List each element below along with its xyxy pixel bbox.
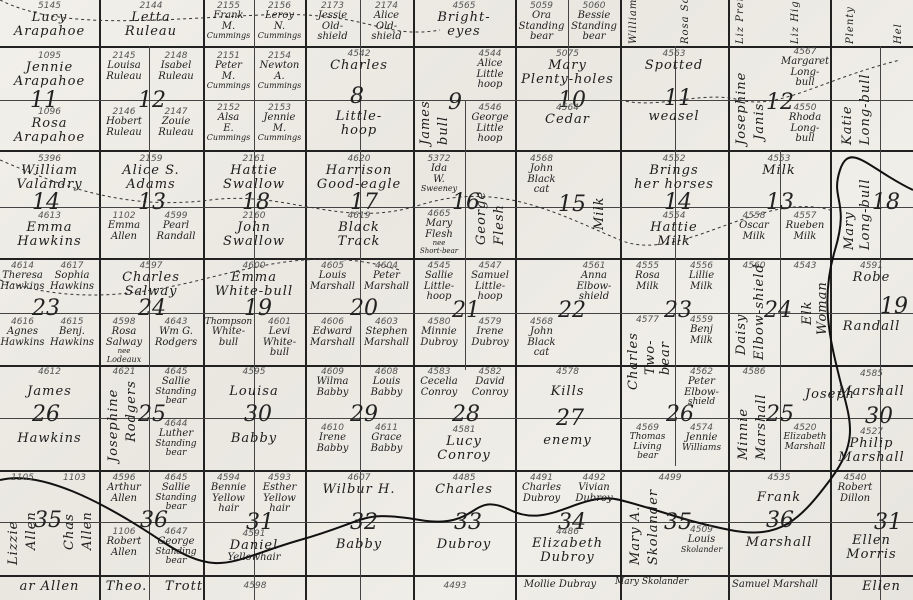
- parcel-owner: Hattie: [203, 164, 305, 178]
- parcel-owner: Milk: [620, 235, 728, 249]
- grid-line: [99, 0, 101, 600]
- parcel-label: 4580 Minnie Dubroy: [413, 318, 465, 348]
- parcel-label: 2146 Hobert Ruleau: [99, 108, 149, 138]
- parcel-label: Babby: [203, 432, 305, 446]
- parcel-owner: Daniel: [203, 539, 305, 553]
- parcel-owner: bear: [620, 452, 675, 461]
- parcel-label: weasel: [620, 110, 728, 124]
- parcel-owner: Short-bear: [413, 248, 465, 255]
- parcel-label: 4616 Agnes Hawkins: [0, 318, 45, 348]
- parcel-owner-vertical: Liz High: [790, 2, 801, 44]
- parcel-label: Theo.: [99, 580, 154, 594]
- section-number: 11: [664, 86, 692, 111]
- parcel-owner: Ellen: [830, 534, 913, 548]
- parcel-owner-vertical: Long-bull: [858, 55, 873, 145]
- parcel-owner: Alice S.: [99, 164, 203, 178]
- parcel-owner: Hawkins: [45, 282, 99, 293]
- grid-line: [0, 575, 913, 577]
- parcel-label: 4543: [780, 262, 830, 271]
- parcel-owner: Theo.: [99, 580, 154, 594]
- parcel-owner: Babby: [305, 444, 360, 455]
- parcel-owner: Mary: [515, 59, 620, 73]
- grid-line: [515, 0, 517, 600]
- parcel-owner: Ruleau: [99, 25, 203, 39]
- parcel-owner-vertical: Long-bull: [858, 160, 873, 250]
- parcel-owner: Dubroy: [413, 338, 465, 349]
- parcel-owner-vertical: Skolander: [646, 480, 661, 565]
- parcel-owner: ar Allen: [0, 580, 99, 594]
- parcel-label: 4578 Kills: [515, 368, 620, 399]
- parcel-owner: bear: [149, 449, 203, 458]
- parcel-label: 4606 Edward Marshall: [305, 318, 360, 348]
- parcel-owner: Yellowhair: [203, 553, 305, 564]
- parcel-label: 4591 Robe: [830, 262, 913, 285]
- parcel-owner: Dubroy: [413, 538, 515, 552]
- parcel-owner-vertical: Josephine: [106, 382, 121, 462]
- parcel-owner: Cedar: [515, 113, 620, 127]
- parcel-label: 4598 Rosa Salway nee Lodeaux: [99, 318, 149, 364]
- parcel-owner: bear: [515, 32, 568, 43]
- parcel-owner: Jennie: [0, 61, 99, 75]
- parcel-label: 2159 Alice S. Adams: [99, 155, 203, 192]
- parcel-owner: Mary Skolander: [615, 578, 675, 587]
- parcel-label: 4581 Lucy Conroy: [413, 426, 515, 463]
- parcel-label: 4607 Wilbur H.: [305, 474, 413, 497]
- parcel-owner: shield: [675, 398, 728, 407]
- parcel-owner: Cummings: [203, 32, 254, 40]
- parcel-owner-vertical: Mary: [842, 165, 857, 250]
- section-number: 30: [865, 404, 893, 429]
- parcel-owner: Emma: [0, 221, 99, 235]
- parcel-label: Trott: [154, 580, 214, 594]
- parcel-label: 4593 Esther Yellow hair: [254, 474, 305, 515]
- parcel-owner: James: [0, 385, 99, 399]
- parcel-owner: bull: [780, 134, 830, 145]
- parcel-owner: Babby: [305, 538, 413, 552]
- parcel-owner: Charles: [305, 59, 413, 73]
- parcel-owner: Marshall: [830, 451, 913, 465]
- parcel-owner: shield: [568, 292, 620, 303]
- parcel-label: 4544 Alice Little hoop: [465, 50, 515, 91]
- grid-line: [0, 258, 913, 260]
- grid-line: [0, 470, 913, 472]
- parcel-owner: Randall: [830, 320, 913, 334]
- parcel-owner: Milk: [728, 232, 780, 243]
- parcel-label: 4547 Samuel Little- hoop: [465, 262, 515, 303]
- parcel-owner: Lucy: [413, 435, 515, 449]
- parcel-owner-vertical: Liz Pretty (orphan): [735, 2, 746, 44]
- parcel-owner: eyes: [413, 25, 515, 39]
- parcel-label: 5075 Mary Plenty-holes: [515, 50, 620, 87]
- parcel-owner: Milk: [780, 232, 830, 243]
- parcel-owner: Milk: [675, 282, 728, 293]
- parcel-label: 4621: [99, 368, 149, 377]
- parcel-owner: Kills: [515, 385, 620, 399]
- parcel-label: Ellen: [850, 580, 913, 594]
- parcel-label: 4557 Rueben Milk: [780, 212, 830, 242]
- parcel-label: 4647 George Standing bear: [149, 528, 203, 567]
- parcel-owner: Conroy: [465, 388, 515, 399]
- section-number: 31: [874, 510, 902, 535]
- parcel-owner: Marshall: [780, 443, 830, 452]
- parcel-owner: Samuel Marshall: [720, 580, 830, 591]
- parcel-number: 4585: [830, 370, 913, 379]
- parcel-owner: Philip: [830, 437, 913, 451]
- parcel-label: 4559 Benj Milk: [675, 316, 728, 346]
- parcel-label: 4555 Rosa Milk: [620, 262, 675, 292]
- parcel-owner: Track: [305, 235, 413, 249]
- parcel-owner-vertical: Josephine: [734, 55, 749, 145]
- parcel-label: 4552 Brings her horses: [620, 155, 728, 192]
- parcel-owner-vertical: Elk: [800, 285, 815, 325]
- parcel-owner: Marshall: [830, 385, 913, 399]
- parcel-owner: Cummings: [254, 134, 305, 142]
- grid-line: [620, 0, 622, 600]
- parcel-number: 4493: [430, 582, 480, 591]
- section-number: 9: [448, 90, 462, 115]
- parcel-label: Babby: [305, 538, 413, 552]
- parcel-label: 4600 Emma White-bull: [203, 262, 305, 299]
- parcel-label: 4615 Benj. Hawkins: [45, 318, 99, 348]
- parcel-owner: Ellen: [850, 580, 913, 594]
- parcel-label: 4554 Hattie Milk: [620, 212, 728, 249]
- parcel-owner-vertical: Two-: [643, 335, 658, 375]
- parcel-owner-vertical: Hel: [893, 2, 904, 44]
- parcel-owner: Arapahoe: [0, 25, 99, 39]
- parcel-owner: Swallow: [203, 235, 305, 249]
- parcel-owner-vertical: Minnie: [736, 380, 751, 460]
- parcel-owner: Elizabeth: [515, 537, 620, 551]
- parcel-owner: Hawkins: [0, 432, 99, 446]
- parcel-owner: Milk: [728, 164, 830, 178]
- parcel-label: 4611 Grace Babby: [360, 424, 413, 454]
- parcel-label: 2147 Zouie Ruleau: [149, 108, 203, 138]
- parcel-owner: Williams: [675, 444, 728, 453]
- parcel-owner: Ruleau: [99, 72, 149, 83]
- parcel-owner: Rodgers: [149, 338, 203, 349]
- parcel-label: 4574 Jennie Williams: [675, 424, 728, 453]
- parcel-label: 4583 Cecelia Conroy: [413, 368, 465, 398]
- parcel-number: 4535: [728, 474, 830, 483]
- parcel-owner: bear: [149, 397, 203, 406]
- parcel-owner: Allen: [99, 548, 149, 559]
- parcel-owner: bear: [149, 557, 203, 566]
- parcel-label: 4486 Elizabeth Dubroy: [515, 528, 620, 565]
- parcel-owner: Hawkins: [0, 235, 99, 249]
- parcel-owner: Black: [305, 221, 413, 235]
- parcel-owner: John: [203, 221, 305, 235]
- parcel-label: 4609 Wilma Babby: [305, 368, 360, 398]
- parcel-label: 1103: [50, 474, 99, 483]
- parcel-owner: Charles: [413, 483, 515, 497]
- parcel-label: 4586: [728, 368, 780, 377]
- parcel-owner: Rosa: [0, 117, 99, 131]
- parcel-owner-vertical: James: [418, 60, 433, 145]
- parcel-owner-vertical: Janis: [752, 70, 767, 140]
- parcel-label: 4620 Harrison Good-eagle: [305, 155, 413, 192]
- parcel-label: 4493: [430, 582, 480, 591]
- parcel-label: 5145 Lucy Arapahoe: [0, 2, 99, 39]
- parcel-number: 1105: [0, 474, 45, 483]
- parcel-label: 1096 Rosa Arapahoe: [0, 108, 99, 145]
- parcel-label: 2161 Hattie Swallow: [203, 155, 305, 192]
- parcel-owner: Dubroy: [568, 494, 620, 505]
- parcel-label: 4591 Daniel Yellowhair: [203, 530, 305, 564]
- parcel-number: 4621: [99, 368, 149, 377]
- parcel-label: 5372 Ida W. Sweeney: [413, 155, 465, 194]
- parcel-label: 4577: [620, 316, 675, 325]
- parcel-label: 4527 Philip Marshall: [830, 428, 913, 465]
- parcel-label: Hawkins: [0, 432, 99, 446]
- parcel-owner: Babby: [305, 388, 360, 399]
- parcel-label: 5059 Ora Standing bear: [515, 2, 568, 43]
- parcel-owner: Dubroy: [515, 494, 568, 505]
- parcel-label: 4556 Lillie Milk: [675, 262, 728, 292]
- parcel-label: 5396 William Valandry: [0, 155, 99, 192]
- parcel-label: Thompson White- bull: [203, 318, 254, 348]
- parcel-owner: Ruleau: [99, 128, 149, 139]
- parcel-owner-vertical: Mary A.: [628, 480, 643, 565]
- grid-line: [728, 0, 730, 600]
- parcel-owner-vertical: Lizzie: [6, 490, 21, 565]
- parcel-owner-vertical: Daisy: [734, 280, 749, 355]
- parcel-owner: Cummings: [203, 134, 254, 142]
- parcel-number: 4578: [515, 368, 620, 377]
- parcel-label: 4485 Charles: [413, 474, 515, 497]
- parcel-label: 4540 Robert Dillon: [830, 474, 880, 504]
- parcel-owner: Dubroy: [465, 338, 515, 349]
- parcel-owner: Marshall: [305, 282, 360, 293]
- parcel-label: 2173 Jessie Old- shield: [305, 2, 360, 43]
- parcel-owner: Babby: [360, 388, 413, 399]
- parcel-owner-vertical: Flesh: [492, 165, 507, 245]
- parcel-label: 1095 Jennie Arapahoe: [0, 52, 99, 89]
- parcel-number: 4598: [230, 582, 280, 591]
- parcel-label: 4604 Peter Marshall: [360, 262, 413, 292]
- section-number: 33: [454, 510, 482, 535]
- grid-line: [0, 46, 913, 48]
- parcel-label: 4553 Milk: [728, 155, 830, 178]
- parcel-owner: Milk: [675, 336, 728, 347]
- parcel-owner: Ruleau: [149, 128, 203, 139]
- parcel-label: 4568 John Black cat: [515, 155, 568, 196]
- section-number: 28: [452, 402, 480, 427]
- parcel-label: 5060 Bessie Standing bear: [568, 2, 620, 43]
- parcel-owner: Conroy: [413, 388, 465, 399]
- parcel-label: 4561 Anna Elbow- shield: [568, 262, 620, 303]
- grid-line: [0, 150, 913, 152]
- parcel-label: 4564 Cedar: [515, 104, 620, 127]
- parcel-owner: Milk: [620, 282, 675, 293]
- parcel-label: 4492 Vivian Dubroy: [568, 474, 620, 504]
- parcel-owner: Babby: [203, 432, 305, 446]
- parcel-label: 4585 Marshall: [830, 370, 913, 399]
- parcel-label: Mollie Dubray: [505, 580, 615, 591]
- parcel-label: 4567 Margaret Long- bull: [780, 48, 830, 89]
- parcel-label: 4579 Irene Dubroy: [465, 318, 515, 348]
- parcel-number: 4577: [620, 316, 675, 325]
- parcel-owner: William: [0, 164, 99, 178]
- parcel-label: 4542 Charles: [305, 50, 413, 73]
- parcel-label: 2144 Letta Ruleau: [99, 2, 203, 39]
- parcel-label: 4643 Wm G. Rodgers: [149, 318, 203, 348]
- parcel-owner: Little-: [305, 110, 413, 124]
- parcel-owner: Frank: [728, 491, 830, 505]
- parcel-owner: bull: [254, 348, 305, 359]
- parcel-owner: Lucy: [0, 11, 99, 25]
- parcel-owner-vertical: Woman: [815, 280, 830, 335]
- parcel-label: 4563 Spotted: [620, 50, 728, 73]
- parcel-owner: hoop: [465, 80, 515, 91]
- parcel-owner: Trott: [154, 580, 214, 594]
- section-number: 19: [880, 294, 908, 319]
- parcel-owner: Skolander: [675, 546, 728, 554]
- parcel-owner: Cummings: [254, 32, 305, 40]
- parcel-owner: hoop: [305, 124, 413, 138]
- parcel-label: Marshall: [728, 536, 830, 550]
- parcel-label: 2148 Isabel Ruleau: [149, 52, 203, 82]
- section-number: 36: [766, 508, 794, 533]
- parcel-owner: Harrison: [305, 164, 413, 178]
- parcel-label: 4562 Peter Elbow- shield: [675, 368, 728, 408]
- parcel-owner: Plenty-holes: [515, 73, 620, 87]
- parcel-owner: Allen: [99, 232, 149, 243]
- parcel-owner-vertical: Charles: [626, 330, 641, 390]
- parcel-owner: shield: [305, 32, 360, 43]
- parcel-label: 4535 Frank: [728, 474, 830, 505]
- parcel-label: 4612 James: [0, 368, 99, 399]
- grid-line: [305, 0, 307, 600]
- parcel-label: 4565 Bright- eyes: [413, 2, 515, 39]
- parcel-label: 4608 Louis Babby: [360, 368, 413, 398]
- parcel-label: 4605 Louis Marshall: [305, 262, 360, 292]
- parcel-owner: Lodeaux: [99, 356, 149, 364]
- parcel-number: 4586: [728, 368, 780, 377]
- parcel-label: 2156 Leroy N. Cummings: [254, 2, 305, 41]
- parcel-number: 4612: [0, 368, 99, 377]
- parcel-owner: Robe: [830, 271, 913, 285]
- parcel-owner: shield: [360, 32, 413, 43]
- parcel-label: 4596 Arthur Allen: [99, 474, 149, 504]
- section-number: 27: [556, 406, 584, 431]
- parcel-owner: Charles: [99, 271, 203, 285]
- parcel-owner-vertical: Katie: [840, 60, 855, 145]
- parcel-label: 4614 Theresa Hawkins: [0, 262, 45, 292]
- section-number: 32: [350, 510, 378, 535]
- parcel-label: 4545 Sallie Little- hoop: [413, 262, 465, 303]
- parcel-label: 4644 Luther Standing bear: [149, 420, 203, 459]
- parcel-label: 2174 Alice Old- shield: [360, 2, 413, 43]
- section-number: 35: [34, 508, 62, 533]
- parcel-label: 4597 Charles Salway: [99, 262, 203, 299]
- parcel-owner: Dillon: [830, 494, 880, 505]
- parcel-label: ar Allen: [0, 580, 99, 594]
- parcel-number: 4595: [203, 368, 305, 377]
- parcel-label: Samuel Marshall: [720, 580, 830, 591]
- parcel-owner-vertical: Plenty: [845, 2, 856, 44]
- parcel-owner: Arapahoe: [0, 131, 99, 145]
- parcel-label: 2152 Alsa E. Cummings: [203, 104, 254, 143]
- parcel-owner: Emma: [203, 271, 305, 285]
- parcel-owner: hoop: [465, 134, 515, 145]
- parcel-owner: Randall: [149, 232, 203, 243]
- parcel-owner: Hattie: [620, 221, 728, 235]
- parcel-owner-vertical: Rodgers: [124, 382, 139, 442]
- parcel-owner: weasel: [620, 110, 728, 124]
- parcel-owner: Cummings: [203, 82, 254, 90]
- parcel-owner: Mollie Dubray: [505, 580, 615, 591]
- section-number: 8: [350, 84, 364, 109]
- parcel-owner: bear: [568, 32, 620, 43]
- parcel-label: 4550 Rhoda Long- bull: [780, 104, 830, 145]
- parcel-label: 1102 Emma Allen: [99, 212, 149, 242]
- parcel-label: 2153 Jennie M. Cummings: [254, 104, 305, 143]
- parcel-owner: Hawkins: [45, 338, 99, 349]
- parcel-owner: Marshall: [360, 282, 413, 293]
- parcel-owner: Wilbur H.: [305, 483, 413, 497]
- parcel-label: 4509 Louis Skolander: [675, 526, 728, 554]
- parcel-owner: Allen: [99, 494, 149, 505]
- parcel-label: 2151 Peter M. Cummings: [203, 52, 254, 91]
- parcel-owner: Ruleau: [149, 72, 203, 83]
- section-number: 26: [32, 402, 60, 427]
- parcel-label: 4569 Thomas Living bear: [620, 424, 675, 462]
- parcel-label: 4582 David Conroy: [465, 368, 515, 398]
- parcel-owner-vertical: bear: [658, 335, 673, 375]
- parcel-owner: Marshall: [360, 338, 413, 349]
- parcel-label: Ellen Morris: [830, 534, 913, 561]
- parcel-label: 4558 Oscar Milk: [728, 212, 780, 242]
- parcel-owner: Brings: [620, 164, 728, 178]
- parcel-label: 4645 Sallie Standing bear: [149, 368, 203, 407]
- parcel-label: 4546 George Little hoop: [465, 104, 515, 145]
- parcel-owner-vertical: Chas: [62, 490, 77, 550]
- parcel-label: 4617 Sophia Hawkins: [45, 262, 99, 292]
- parcel-label: 4491 Charles Dubroy: [515, 474, 568, 504]
- parcel-number: 1103: [50, 474, 99, 483]
- parcel-owner: Hawkins: [0, 282, 45, 293]
- parcel-owner: Arapahoe: [0, 75, 99, 89]
- parcel-owner: Hawkins: [0, 338, 45, 349]
- parcel-owner: Babby: [360, 444, 413, 455]
- parcel-owner: Bright-: [413, 11, 515, 25]
- parcel-owner: Morris: [830, 548, 913, 562]
- parcel-owner-vertical: William Walks under: [628, 2, 639, 44]
- parcel-owner: Louisa: [203, 385, 305, 399]
- parcel-owner: Letta: [99, 11, 203, 25]
- parcel-label: 1106 Robert Allen: [99, 528, 149, 558]
- parcel-owner-vertical: Rosa Schagen: [680, 2, 691, 44]
- parcel-owner: Conroy: [413, 449, 515, 463]
- parcel-owner: bull: [203, 338, 254, 349]
- parcel-label: Mary Skolander: [615, 578, 675, 587]
- parcel-label: 4619 Black Track: [305, 212, 413, 249]
- parcel-label: 1105: [0, 474, 45, 483]
- parcel-label: 2145 Louisa Ruleau: [99, 52, 149, 82]
- parcel-label: Dubroy: [413, 538, 515, 552]
- parcel-label: 4610 Irene Babby: [305, 424, 360, 454]
- parcel-label: 4601 Levi White- bull: [254, 318, 305, 359]
- parcel-label: 2155 Frank M. Cummings: [203, 2, 254, 41]
- parcel-owner: Spotted: [620, 59, 728, 73]
- parcel-label: 4599 Pearl Randall: [149, 212, 203, 242]
- parcel-label: 4595 Louisa: [203, 368, 305, 399]
- grid-line: [0, 365, 913, 367]
- parcel-label: 4613 Emma Hawkins: [0, 212, 99, 249]
- parcel-owner: Cummings: [254, 82, 305, 90]
- parcel-label: Randall: [830, 320, 913, 334]
- parcel-label: 2154 Newton A. Cummings: [254, 52, 305, 91]
